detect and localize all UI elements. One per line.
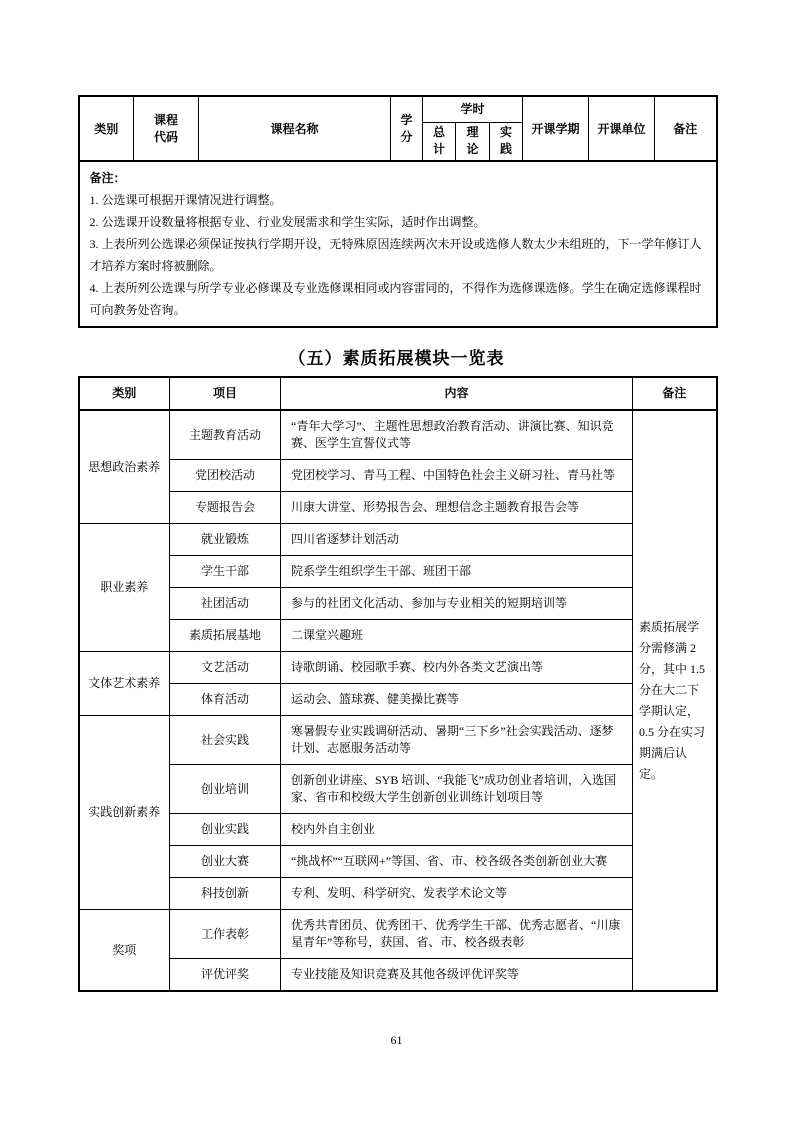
section-title: （五）素质拓展模块一览表 [78, 344, 716, 369]
category-cell: 思想政治素养 [79, 410, 170, 524]
project-cell: 专题报告会 [170, 492, 281, 524]
header-category: 类别 [79, 96, 134, 161]
table-row: 社团活动 参与的社团文化活动、参加与专业相关的短期培训等 [79, 588, 717, 620]
note-line: 1. 公选课可根据开课情况进行调整。 [90, 189, 706, 211]
table-row: 体育活动 运动会、篮球赛、健美操比赛等 [79, 684, 717, 716]
project-cell: 评优评奖 [170, 959, 281, 992]
document-page: 类别 课程代码 课程名称 学分 学时 开课学期 开课单位 备注 总计 理论 实践… [0, 0, 793, 1122]
content-cell: 优秀共青团员、优秀团干、优秀学生干部、优秀志愿者、“川康星青年”等称号，获国、省… [281, 910, 633, 959]
project-cell: 创业实践 [170, 814, 281, 846]
project-cell: 学生干部 [170, 556, 281, 588]
table-row: 创业培训 创新创业讲座、SYB 培训、“我能飞”成功创业者培训，入选国家、省市和… [79, 765, 717, 814]
content-cell: 寒暑假专业实践调研活动、暑期“三下乡”社会实践活动、逐梦计划、志愿服务活动等 [281, 716, 633, 765]
page-number: 61 [0, 1033, 793, 1048]
project-cell: 主题教育活动 [170, 410, 281, 460]
table-row: 素质拓展基地 二课堂兴趣班 [79, 620, 717, 652]
course-table-header-row-1: 类别 课程代码 课程名称 学分 学时 开课学期 开课单位 备注 [79, 96, 717, 122]
notes-cell: 备注： 1. 公选课可根据开课情况进行调整。 2. 公选课开设数量将根据专业、行… [79, 161, 717, 327]
table-row: 奖项 工作表彰 优秀共青团员、优秀团干、优秀学生干部、优秀志愿者、“川康星青年”… [79, 910, 717, 959]
content-cell: 诗歌朗诵、校园歌手赛、校内外各类文艺演出等 [281, 652, 633, 684]
table-row: 创业实践 校内外自主创业 [79, 814, 717, 846]
header-content: 内容 [281, 377, 633, 410]
header-unit: 开课单位 [589, 96, 655, 161]
project-cell: 社团活动 [170, 588, 281, 620]
content-cell: 参与的社团文化活动、参加与专业相关的短期培训等 [281, 588, 633, 620]
table-row: 创业大赛 “挑战杯”“互联网+”等国、省、市、校各级各类创新创业大赛 [79, 846, 717, 878]
content-cell: “青年大学习”、主题性思想政治教育活动、讲演比赛、知识竞赛、医学生宣誓仪式等 [281, 410, 633, 460]
quality-module-table: 类别 项目 内容 备注 思想政治素养 主题教育活动 “青年大学习”、主题性思想政… [78, 376, 718, 992]
note-line: 4. 上表所列公选课与所学专业必修课及专业选修课相同或内容雷同的，不得作为选修课… [90, 277, 706, 321]
table-row: 科技创新 专利、发明、科学研究、发表学术论文等 [79, 878, 717, 910]
header-project: 项目 [170, 377, 281, 410]
content-cell: 运动会、篮球赛、健美操比赛等 [281, 684, 633, 716]
table-row: 党团校活动 党团校学习、青马工程、中国特色社会主义研习社、青马社等 [79, 460, 717, 492]
table-row: 评优评奖 专业技能及知识竞赛及其他各级评优评奖等 [79, 959, 717, 992]
content-cell: 四川省逐梦计划活动 [281, 524, 633, 556]
content-cell: 创新创业讲座、SYB 培训、“我能飞”成功创业者培训，入选国家、省市和校级大学生… [281, 765, 633, 814]
project-cell: 工作表彰 [170, 910, 281, 959]
category-cell: 文体艺术素养 [79, 652, 170, 716]
header-semester: 开课学期 [523, 96, 589, 161]
project-cell: 体育活动 [170, 684, 281, 716]
project-cell: 党团校活动 [170, 460, 281, 492]
category-cell: 实践创新素养 [79, 716, 170, 910]
content-cell: 校内外自主创业 [281, 814, 633, 846]
notes-row: 备注： 1. 公选课可根据开课情况进行调整。 2. 公选课开设数量将根据专业、行… [79, 161, 717, 327]
content-cell: 专业技能及知识竞赛及其他各级评优评奖等 [281, 959, 633, 992]
content-cell: “挑战杯”“互联网+”等国、省、市、校各级各类创新创业大赛 [281, 846, 633, 878]
table-row: 思想政治素养 主题教育活动 “青年大学习”、主题性思想政治教育活动、讲演比赛、知… [79, 410, 717, 460]
category-cell: 奖项 [79, 910, 170, 992]
note-line: 2. 公选课开设数量将根据专业、行业发展需求和学生实际，适时作出调整。 [90, 211, 706, 233]
header-remark: 备注 [633, 377, 717, 410]
header-hours-theory: 理论 [456, 122, 490, 161]
header-category: 类别 [79, 377, 170, 410]
category-cell: 职业素养 [79, 524, 170, 652]
table-row: 文体艺术素养 文艺活动 诗歌朗诵、校园歌手赛、校内外各类文艺演出等 [79, 652, 717, 684]
header-remark: 备注 [655, 96, 717, 161]
page-content: 类别 课程代码 课程名称 学分 学时 开课学期 开课单位 备注 总计 理论 实践… [78, 0, 716, 992]
project-cell: 素质拓展基地 [170, 620, 281, 652]
note-line: 3. 上表所列公选课必须保证按执行学期开设，无特殊原因连续两次未开设或选修人数太… [90, 233, 706, 277]
project-cell: 社会实践 [170, 716, 281, 765]
project-cell: 就业锻炼 [170, 524, 281, 556]
quality-table-header-row: 类别 项目 内容 备注 [79, 377, 717, 410]
project-cell: 创业大赛 [170, 846, 281, 878]
header-course-name: 课程名称 [199, 96, 391, 161]
content-cell: 川康大讲堂、形势报告会、理想信念主题教育报告会等 [281, 492, 633, 524]
project-cell: 创业培训 [170, 765, 281, 814]
notes-title: 备注： [90, 167, 706, 189]
header-hours: 学时 [423, 96, 523, 122]
content-cell: 专利、发明、科学研究、发表学术论文等 [281, 878, 633, 910]
table-row: 实践创新素养 社会实践 寒暑假专业实践调研活动、暑期“三下乡”社会实践活动、逐梦… [79, 716, 717, 765]
table-row: 学生干部 院系学生组织学生干部、班团干部 [79, 556, 717, 588]
project-cell: 科技创新 [170, 878, 281, 910]
header-credit: 学分 [391, 96, 423, 161]
header-hours-practice: 实践 [490, 122, 523, 161]
project-cell: 文艺活动 [170, 652, 281, 684]
table-row: 职业素养 就业锻炼 四川省逐梦计划活动 [79, 524, 717, 556]
content-cell: 二课堂兴趣班 [281, 620, 633, 652]
table-row: 专题报告会 川康大讲堂、形势报告会、理想信念主题教育报告会等 [79, 492, 717, 524]
remark-cell: 素质拓展学分需修满 2 分，其中 1.5 分在大二下学期认定，0.5 分在实习期… [633, 410, 717, 991]
content-cell: 院系学生组织学生干部、班团干部 [281, 556, 633, 588]
header-course-code: 课程代码 [134, 96, 199, 161]
header-hours-total: 总计 [423, 122, 456, 161]
content-cell: 党团校学习、青马工程、中国特色社会主义研习社、青马社等 [281, 460, 633, 492]
course-table: 类别 课程代码 课程名称 学分 学时 开课学期 开课单位 备注 总计 理论 实践… [78, 95, 718, 328]
